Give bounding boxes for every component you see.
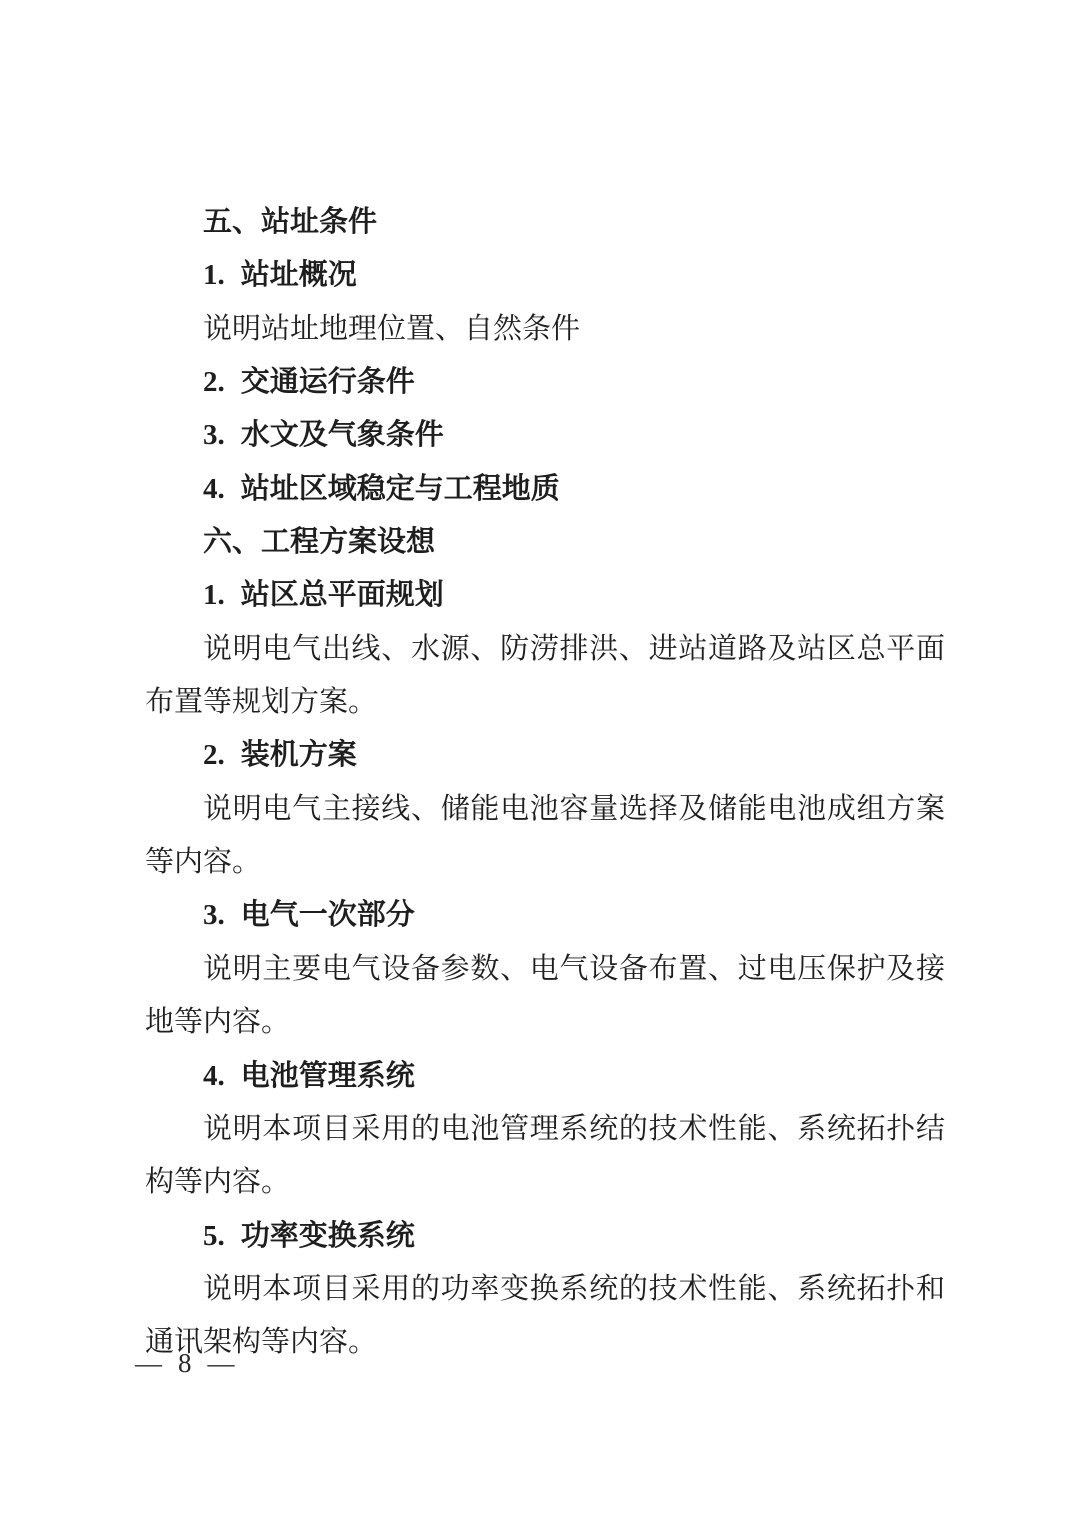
- heading-number: 4.: [203, 1050, 225, 1103]
- heading-label: 站区总平面规划: [241, 579, 444, 611]
- numbered-heading: 4.电池管理系统: [145, 1050, 945, 1103]
- heading-label: 电池管理系统: [241, 1060, 415, 1092]
- paragraph-line: 说明本项目采用的电池管理系统的技术性能、系统拓扑结: [145, 1103, 945, 1156]
- section-heading: 五、站址条件: [145, 196, 945, 249]
- paragraph-line: 说明本项目采用的功率变换系统的技术性能、系统拓扑和: [145, 1263, 945, 1316]
- paragraph-line: 说明主要电气设备参数、电气设备布置、过电压保护及接: [145, 943, 945, 996]
- document-body: 五、站址条件1.站址概况说明站址地理位置、自然条件2.交通运行条件3.水文及气象…: [145, 196, 945, 1370]
- page-number: 8: [178, 1348, 192, 1379]
- paragraph-line: 等内容。: [145, 836, 945, 889]
- numbered-heading: 3.电气一次部分: [145, 889, 945, 942]
- heading-number: 1.: [203, 249, 225, 302]
- heading-label: 交通运行条件: [241, 366, 415, 398]
- paragraph-line: 通讯架构等内容。: [145, 1316, 945, 1369]
- footer-dash-right: —: [208, 1348, 235, 1379]
- numbered-heading: 1.站区总平面规划: [145, 569, 945, 622]
- heading-label: 水文及气象条件: [241, 419, 444, 451]
- heading-number: 3.: [203, 889, 225, 942]
- page-footer: — 8 —: [135, 1348, 235, 1379]
- paragraph-line: 地等内容。: [145, 996, 945, 1049]
- heading-label: 站址概况: [241, 259, 357, 291]
- heading-label: 功率变换系统: [241, 1220, 415, 1252]
- paragraph-line: 说明电气主接线、储能电池容量选择及储能电池成组方案: [145, 783, 945, 836]
- paragraph-line: 说明站址地理位置、自然条件: [145, 303, 945, 356]
- heading-number: 2.: [203, 356, 225, 409]
- paragraph-line: 布置等规划方案。: [145, 676, 945, 729]
- paragraph-line: 构等内容。: [145, 1156, 945, 1209]
- numbered-heading: 1.站址概况: [145, 249, 945, 302]
- heading-label: 站址区域稳定与工程地质: [241, 473, 560, 505]
- numbered-heading: 4.站址区域稳定与工程地质: [145, 463, 945, 516]
- heading-number: 2.: [203, 729, 225, 782]
- heading-number: 3.: [203, 409, 225, 462]
- heading-number: 4.: [203, 463, 225, 516]
- numbered-heading: 2.装机方案: [145, 729, 945, 782]
- numbered-heading: 3.水文及气象条件: [145, 409, 945, 462]
- heading-label: 装机方案: [241, 739, 357, 771]
- section-heading: 六、工程方案设想: [145, 516, 945, 569]
- heading-number: 1.: [203, 569, 225, 622]
- numbered-heading: 2.交通运行条件: [145, 356, 945, 409]
- document-page: 五、站址条件1.站址概况说明站址地理位置、自然条件2.交通运行条件3.水文及气象…: [0, 0, 1080, 1527]
- footer-dash-left: —: [135, 1348, 162, 1379]
- paragraph-line: 说明电气出线、水源、防涝排洪、进站道路及站区总平面: [145, 623, 945, 676]
- heading-number: 5.: [203, 1210, 225, 1263]
- heading-label: 电气一次部分: [241, 899, 415, 931]
- numbered-heading: 5.功率变换系统: [145, 1210, 945, 1263]
